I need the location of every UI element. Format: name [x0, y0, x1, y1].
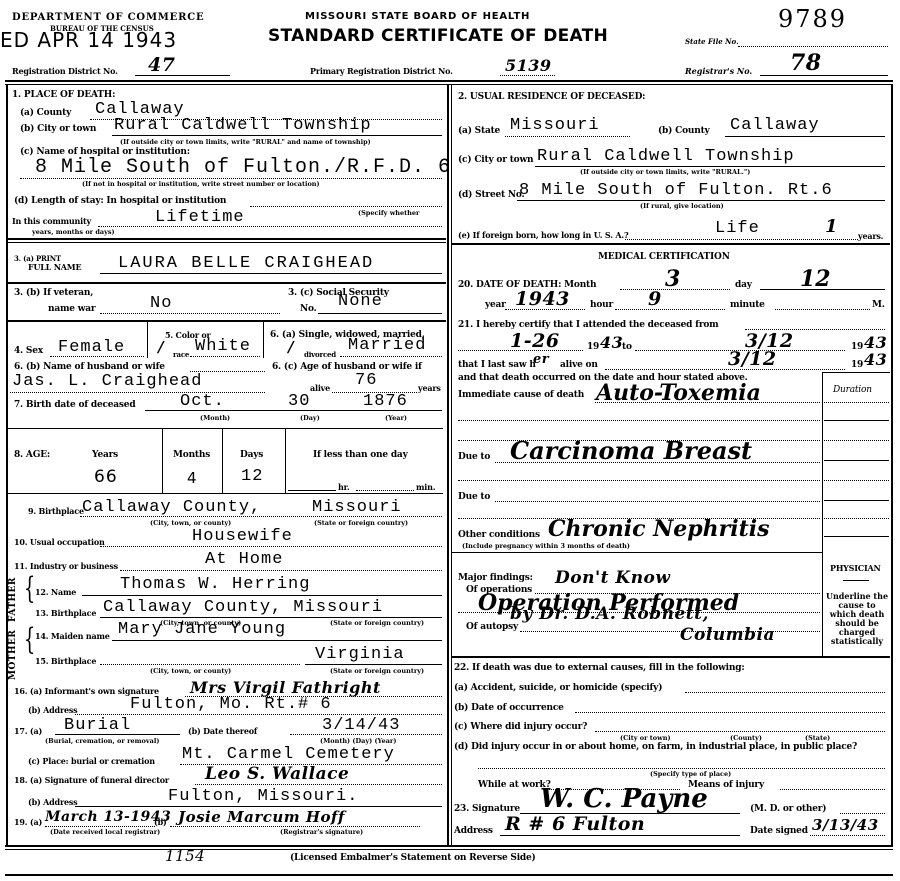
ssn-value: None	[338, 292, 383, 311]
registration-district-label: Registration District No.	[12, 66, 118, 76]
to-year-prefix: 19	[851, 342, 863, 352]
residence-city-value: Rural Caldwell Township	[537, 147, 795, 166]
department-label: DEPARTMENT OF COMMERCE	[12, 12, 204, 23]
residence-state-label: (a) State	[458, 126, 500, 136]
margin-mark: 1154	[165, 847, 205, 865]
registrar-date-label: 19. (a)	[14, 817, 42, 827]
veteran-label-b: name war	[48, 304, 95, 314]
birth-month: Oct.	[180, 392, 225, 411]
injury-county-note: (County)	[730, 734, 762, 742]
age-months-value: 4	[187, 469, 198, 487]
birth-month-note: (Month)	[200, 414, 230, 422]
to-label: to	[622, 342, 632, 352]
length-of-stay-label: (d) Length of stay: In hospital or insti…	[14, 196, 226, 206]
marital-value: Married	[348, 336, 426, 355]
spouse-age-unit: years	[418, 383, 441, 393]
hospital-note: (If not in hospital or institution, writ…	[82, 180, 320, 188]
death-city-note: (If outside city or town limits, write "…	[120, 138, 371, 146]
mother-birthplace-label: 15. Birthplace	[35, 656, 96, 666]
autopsy-value-2: Columbia	[680, 625, 775, 645]
residence-county-value: Callaway	[730, 116, 820, 135]
birth-day: 30	[288, 392, 310, 411]
father-birthplace-value: Callaway County, Missouri	[103, 598, 383, 617]
color-value: White	[195, 337, 251, 356]
injury-state-note: (State)	[805, 734, 830, 742]
father-name-label: 12. Name	[35, 587, 76, 597]
operations-value: Don't Know	[555, 568, 671, 588]
embalmer-note: (Licensed Embalmer's Statement on Revers…	[290, 853, 536, 863]
residence-city-note: (If outside city or town limits, write "…	[580, 168, 750, 176]
state-file-number: 9789	[778, 5, 847, 33]
industry-value: At Home	[205, 550, 283, 569]
marital-label-b: divorced	[304, 350, 336, 359]
physician-address-value: R # 6 Fulton	[505, 813, 645, 835]
death-year-label: year	[485, 300, 506, 310]
age-hr-label: hr.	[338, 482, 349, 492]
age-label: 8. AGE:	[14, 450, 50, 460]
received-stamp: ED APR 14 1943	[0, 28, 177, 52]
spouse-age-label-b: alive	[310, 383, 330, 393]
informant-address-label: (b) Address	[28, 705, 77, 715]
registrar-signature-note: (Registrar's signature)	[280, 828, 363, 836]
other-conditions-note: (Include pregnancy within 3 months of de…	[462, 542, 630, 550]
informant-address-value: Fulton, Mo. Rt.# 6	[130, 695, 332, 714]
hospital-value: 8 Mile South of Fulton./R.F.D. 6	[35, 156, 451, 179]
primary-registration-label: Primary Registration District No.	[310, 66, 453, 76]
sex-label: 4. Sex	[14, 346, 43, 356]
disposal-label: 17. (a)	[14, 726, 42, 736]
residence-state-value: Missouri	[510, 116, 600, 135]
industry-label: 11. Industry or business	[14, 561, 118, 571]
death-county-label: (a) County	[20, 108, 71, 118]
physician-address-label: Address	[454, 826, 493, 836]
due-to-1-value: Carcinoma Breast	[510, 436, 752, 465]
color-check: /	[158, 338, 164, 356]
veteran-value: No	[150, 294, 172, 313]
disposal-date-value: 3/14/43	[322, 716, 400, 735]
age-days-value: 12	[241, 467, 263, 486]
registrar-signature-value: Josie Marcum Hoff	[178, 808, 345, 826]
marital-check: /	[288, 338, 294, 356]
foreign-born-value: Life	[715, 219, 760, 238]
age-years-label: Years	[92, 450, 118, 460]
death-year-value: 1943	[515, 288, 570, 310]
age-less-label: If less than one day	[313, 450, 408, 460]
injury-type-note: (Specify type of place)	[650, 770, 731, 778]
injury-city-note: (City or town)	[620, 734, 671, 742]
color-label-b: race	[173, 350, 189, 359]
major-findings-label: Major findings:	[458, 573, 533, 583]
physician-signature-value: W. C. Payne	[540, 784, 708, 814]
last-saw-year: 43	[864, 350, 887, 369]
father-name-value: Thomas W. Herring	[120, 575, 310, 594]
foreign-born-label: (e) If foreign born, how long in U. S. A…	[458, 230, 628, 240]
registrar-no-label: Registrar's No.	[685, 66, 752, 76]
md-label: (M. D. or other)	[750, 804, 826, 814]
death-city-value: Rural Caldwell Township	[114, 116, 372, 135]
burial-place-label: (c) Place: burial or cremation	[28, 756, 155, 766]
disposal-note: (Burial, cremation, or removal)	[45, 737, 159, 745]
father-birthplace-label: 13. Birthplace	[35, 608, 96, 618]
board-label: MISSOURI STATE BOARD OF HEALTH	[305, 11, 530, 22]
attended-from-value: 1-26	[510, 330, 560, 352]
age-months-label: Months	[173, 450, 210, 460]
mother-city-note: (City, town, or county)	[150, 667, 231, 675]
death-hour-label: hour	[590, 300, 613, 310]
birthplace-city-value: Callaway County,	[82, 498, 261, 517]
last-saw-label: that I last saw h	[458, 360, 536, 370]
ssn-label-b: No.	[300, 304, 317, 314]
full-name-label-b: FULL NAME	[28, 262, 81, 272]
father-brace: {	[24, 574, 35, 604]
death-city-label: (b) City or town	[20, 124, 96, 134]
father-state-note: (State or foreign country)	[330, 619, 424, 627]
age-years-value: 66	[94, 467, 118, 487]
injury-place-label: (d) Did injury occur in or about home, o…	[454, 742, 857, 752]
residence-county-label: (b) County	[658, 126, 710, 136]
birth-date-label: 7. Birth date of deceased	[14, 400, 135, 410]
attended-from-year: 43	[600, 333, 623, 352]
disposal-value: Burial	[64, 716, 131, 735]
due-to-1-label: Due to	[458, 452, 490, 462]
occupation-value: Housewife	[192, 527, 293, 546]
registrar-signature-label: (b)	[154, 817, 167, 827]
funeral-director-address-value: Fulton, Missouri.	[168, 787, 358, 806]
death-m-label: M.	[872, 300, 885, 310]
mother-state-note: (State or foreign country)	[330, 667, 424, 675]
spouse-value: Jas. L. Craighead	[12, 372, 202, 391]
age-min-label: min.	[416, 482, 435, 492]
birthplace-state-value: Missouri	[312, 498, 402, 517]
age-days-label: Days	[240, 450, 263, 460]
specify-note: (Specify whether	[358, 209, 419, 217]
death-minute-label: minute	[730, 300, 765, 310]
birthplace-city-note: (City, town, or county)	[150, 519, 231, 527]
other-conditions-value: Chronic Nephritis	[548, 516, 770, 542]
residence-heading: 2. USUAL RESIDENCE OF DECEASED:	[458, 92, 645, 102]
full-name-value: LAURA BELLE CRAIGHEAD	[118, 254, 374, 273]
physician-note: Underline the cause to which death shoul…	[824, 592, 890, 646]
residence-street-value: 8 Mile South of Fulton. Rt.6	[519, 181, 833, 200]
last-saw-pronoun: er	[533, 352, 549, 367]
state-file-label: State File No.	[685, 37, 739, 46]
spouse-label: 6. (b) Name of husband or wife	[14, 362, 165, 372]
occurrence-date-label: (b) Date of occurrence	[454, 703, 564, 713]
date-signed-label: Date signed	[750, 826, 808, 836]
disposal-date-note: (Month) (Day) (Year)	[320, 737, 396, 745]
registrar-date-note: (Date received local registrar)	[50, 828, 160, 836]
autopsy-value: by Dr. D.A. Robnett,	[510, 604, 709, 624]
years-mark: 1	[825, 216, 838, 237]
funeral-director-signature: Leo S. Wallace	[205, 764, 349, 784]
birth-day-note: (Day)	[300, 414, 320, 422]
mother-name-label: 14. Maiden name	[35, 631, 110, 641]
burial-place-value: Mt. Carmel Cemetery	[182, 745, 395, 764]
funeral-director-address-label: (b) Address	[28, 797, 77, 807]
certificate-title: STANDARD CERTIFICATE OF DEATH	[268, 26, 608, 46]
residence-city-label: (c) City or town	[458, 155, 533, 165]
last-saw-date: 3/12	[728, 348, 777, 370]
alive-on-label: alive on	[560, 360, 598, 370]
mother-name-value: Mary Jane Young	[118, 620, 286, 639]
injury-location-label: (c) Where did injury occur?	[454, 722, 587, 732]
last-saw-year-prefix: 19	[851, 360, 863, 370]
accident-label: (a) Accident, suicide, or homicide (spec…	[454, 683, 662, 693]
from-year-prefix: 19	[587, 342, 599, 352]
spouse-age-value: 76	[355, 371, 377, 390]
residence-street-note: (If rural, give location)	[640, 202, 724, 210]
immediate-cause-label: Immediate cause of death	[458, 390, 584, 400]
external-heading: 22. If death was due to external causes,…	[454, 663, 744, 673]
mother-birthplace-value: Virginia	[315, 645, 405, 664]
birth-year: 1876	[363, 392, 408, 411]
community-value: Lifetime	[155, 208, 245, 227]
veteran-label-a: 3. (b) If veteran,	[14, 288, 93, 298]
disposal-date-label: (b) Date thereof	[188, 726, 257, 736]
primary-registration-value: 5139	[505, 56, 552, 75]
death-hour-value: 9	[648, 288, 662, 310]
medical-heading: MEDICAL CERTIFICATION	[598, 252, 730, 262]
spouse-age-label-a: 6. (c) Age of husband or wife if	[272, 362, 422, 372]
birth-year-note: (Year)	[385, 414, 407, 422]
years-label: years.	[858, 231, 883, 241]
registrar-date-value: March 13-1943	[45, 809, 171, 825]
birthplace-state-note: (State or foreign country)	[314, 519, 408, 527]
birthplace-label: 9. Birthplace	[28, 506, 84, 516]
registrar-no-value: 78	[790, 50, 822, 76]
mother-side-label: MOTHER	[8, 625, 18, 680]
residence-street-label: (d) Street No.	[458, 190, 525, 200]
due-to-2-label: Due to	[458, 492, 490, 502]
father-side-label: FATHER	[8, 572, 18, 622]
occupation-label: 10. Usual occupation	[14, 537, 105, 547]
mother-brace: {	[24, 625, 35, 655]
date-signed-value: 3/13/43	[812, 816, 879, 834]
place-of-death-heading: 1. PLACE OF DEATH:	[12, 90, 115, 100]
community-label: In this community	[12, 216, 91, 226]
other-conditions-label: Other conditions	[458, 530, 540, 540]
certify-label: 21. I hereby certify that I attended the…	[458, 320, 719, 330]
death-day-label: day	[735, 280, 752, 290]
years-note: years, months or days)	[32, 228, 115, 236]
funeral-director-label: 18. (a) Signature of funeral director	[14, 775, 169, 785]
sex-value: Female	[58, 338, 125, 357]
physician-heading: PHYSICIAN	[830, 563, 881, 573]
duration-label: Duration	[833, 385, 872, 395]
registration-district-value: 47	[148, 54, 175, 76]
